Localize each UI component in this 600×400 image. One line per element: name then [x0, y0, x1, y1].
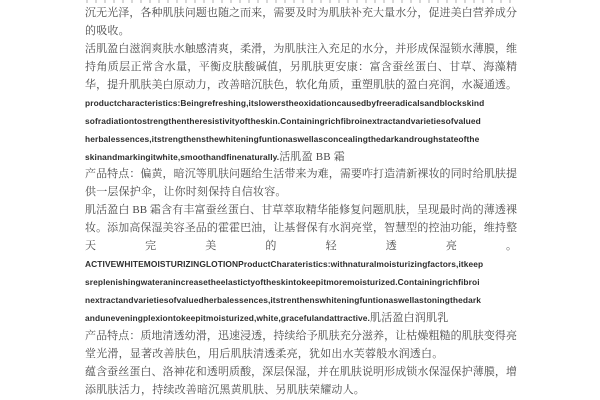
- line-11: 供一层保护伞，让你时刻保持自信妆容。: [85, 184, 517, 202]
- line-14-char: 亮: [446, 238, 457, 256]
- line-01: 沉无光泽，各种肌肤问题也随之而来，需要及时为肌肤补充大量水分，促进美白营养成分: [85, 5, 517, 23]
- line-14-char: 。: [506, 238, 517, 256]
- line-14-char: 透: [386, 238, 397, 256]
- line-18-chinese: 肌活盈白润肌乳: [370, 312, 448, 324]
- document-text-block: 沉无光泽，各种肌肤问题也随之而来，需要及时为肌肤补充大量水分，促进美白营养成分 …: [85, 5, 517, 400]
- line-20: 堂光滑，显著改善肤色，用后肌肤清透柔亮，犹如出水芙蓉般水润透白。: [85, 346, 517, 364]
- line-17: nextractandvarietiesofvaluedherbalessenc…: [85, 292, 517, 310]
- line-09-chinese: 活肌盈 BB 霜: [279, 151, 345, 163]
- line-18-english: anduneveningplexiontokeepitmoisturized,w…: [85, 313, 370, 323]
- line-15: ACTIVEWHITEMOISTURIZINGLOTIONProductChar…: [85, 256, 517, 274]
- document-page: 沉无光泽，各种肌肤问题也随之而来，需要及时为肌肤补充大量水分，促进美白营养成分 …: [0, 0, 600, 400]
- line-18: anduneveningplexiontokeepitmoisturized,w…: [85, 310, 517, 328]
- line-05: 华，提升肌肤美白原动力，改善暗沉肤色，软化角质，重塑肌肤的盈白亮润，水凝通透。: [85, 77, 517, 95]
- line-12: 肌活盈白 BB 霜含有丰富蚕丝蛋白、甘草萃取精华能修复问题肌肤，呈现最时尚的薄透…: [85, 202, 517, 220]
- line-22: 添肌肤活力，持续改善暗沉黑黄肌肤、另肌肤荣耀动人。: [85, 382, 517, 400]
- line-14-char: 完: [145, 238, 156, 256]
- line-19: 产品特点：质地清透幼滑，迅速浸透，持续给予肌肤充分滋养，让枯燥粗糙的肌肤变得亮: [85, 328, 517, 346]
- line-10: 产品特点：偏黄，暗沉等肌肤问题给生活带来为难，需要咋打造清新裸妆的同时给肌肤提: [85, 166, 517, 184]
- line-14-char: 的: [265, 238, 276, 256]
- line-13: 妆。添加高保湿美容圣品的霍霍巴油，让基督保有水润亮堂，智慧型的控油功能，维持整: [85, 220, 517, 238]
- line-09-english: skinandmarkingitwhite,smoothandfinenatur…: [85, 152, 279, 162]
- line-06: productcharacteristics:Beingrefreshing,i…: [85, 95, 517, 113]
- line-08: herbalessences,itstrengthensthewhitening…: [85, 131, 517, 149]
- line-14-char: 天: [85, 238, 96, 256]
- line-02: 的吸收。: [85, 23, 517, 41]
- line-21: 蕴含蚕丝蛋白、洛神花和透明质酸，深层保湿，并在肌肤说明形成锁水保湿保护薄膜，增: [85, 364, 517, 382]
- line-14-char: 轻: [326, 238, 337, 256]
- line-09: skinandmarkingitwhite,smoothandfinenatur…: [85, 149, 517, 167]
- line-14: 天 完 美 的 轻 透 亮 。: [85, 238, 517, 256]
- line-03: 活肌盈白滋润爽肤水触感清爽，柔滑，为肌肤注入充足的水分，并形成保湿锁水薄膜，维: [85, 41, 517, 59]
- line-16: sreplenishingwateranincreasetheelasticty…: [85, 274, 517, 292]
- line-07: sofradiationtostrengthentheresistivityof…: [85, 113, 517, 131]
- line-04: 持角质层正常含水量，平衡皮肤酸碱值，另肌肤更安康：富含蚕丝蛋白、甘草、海藻精: [85, 59, 517, 77]
- line-14-char: 美: [205, 238, 216, 256]
- cut-off-line-fragment: [86, 0, 516, 3]
